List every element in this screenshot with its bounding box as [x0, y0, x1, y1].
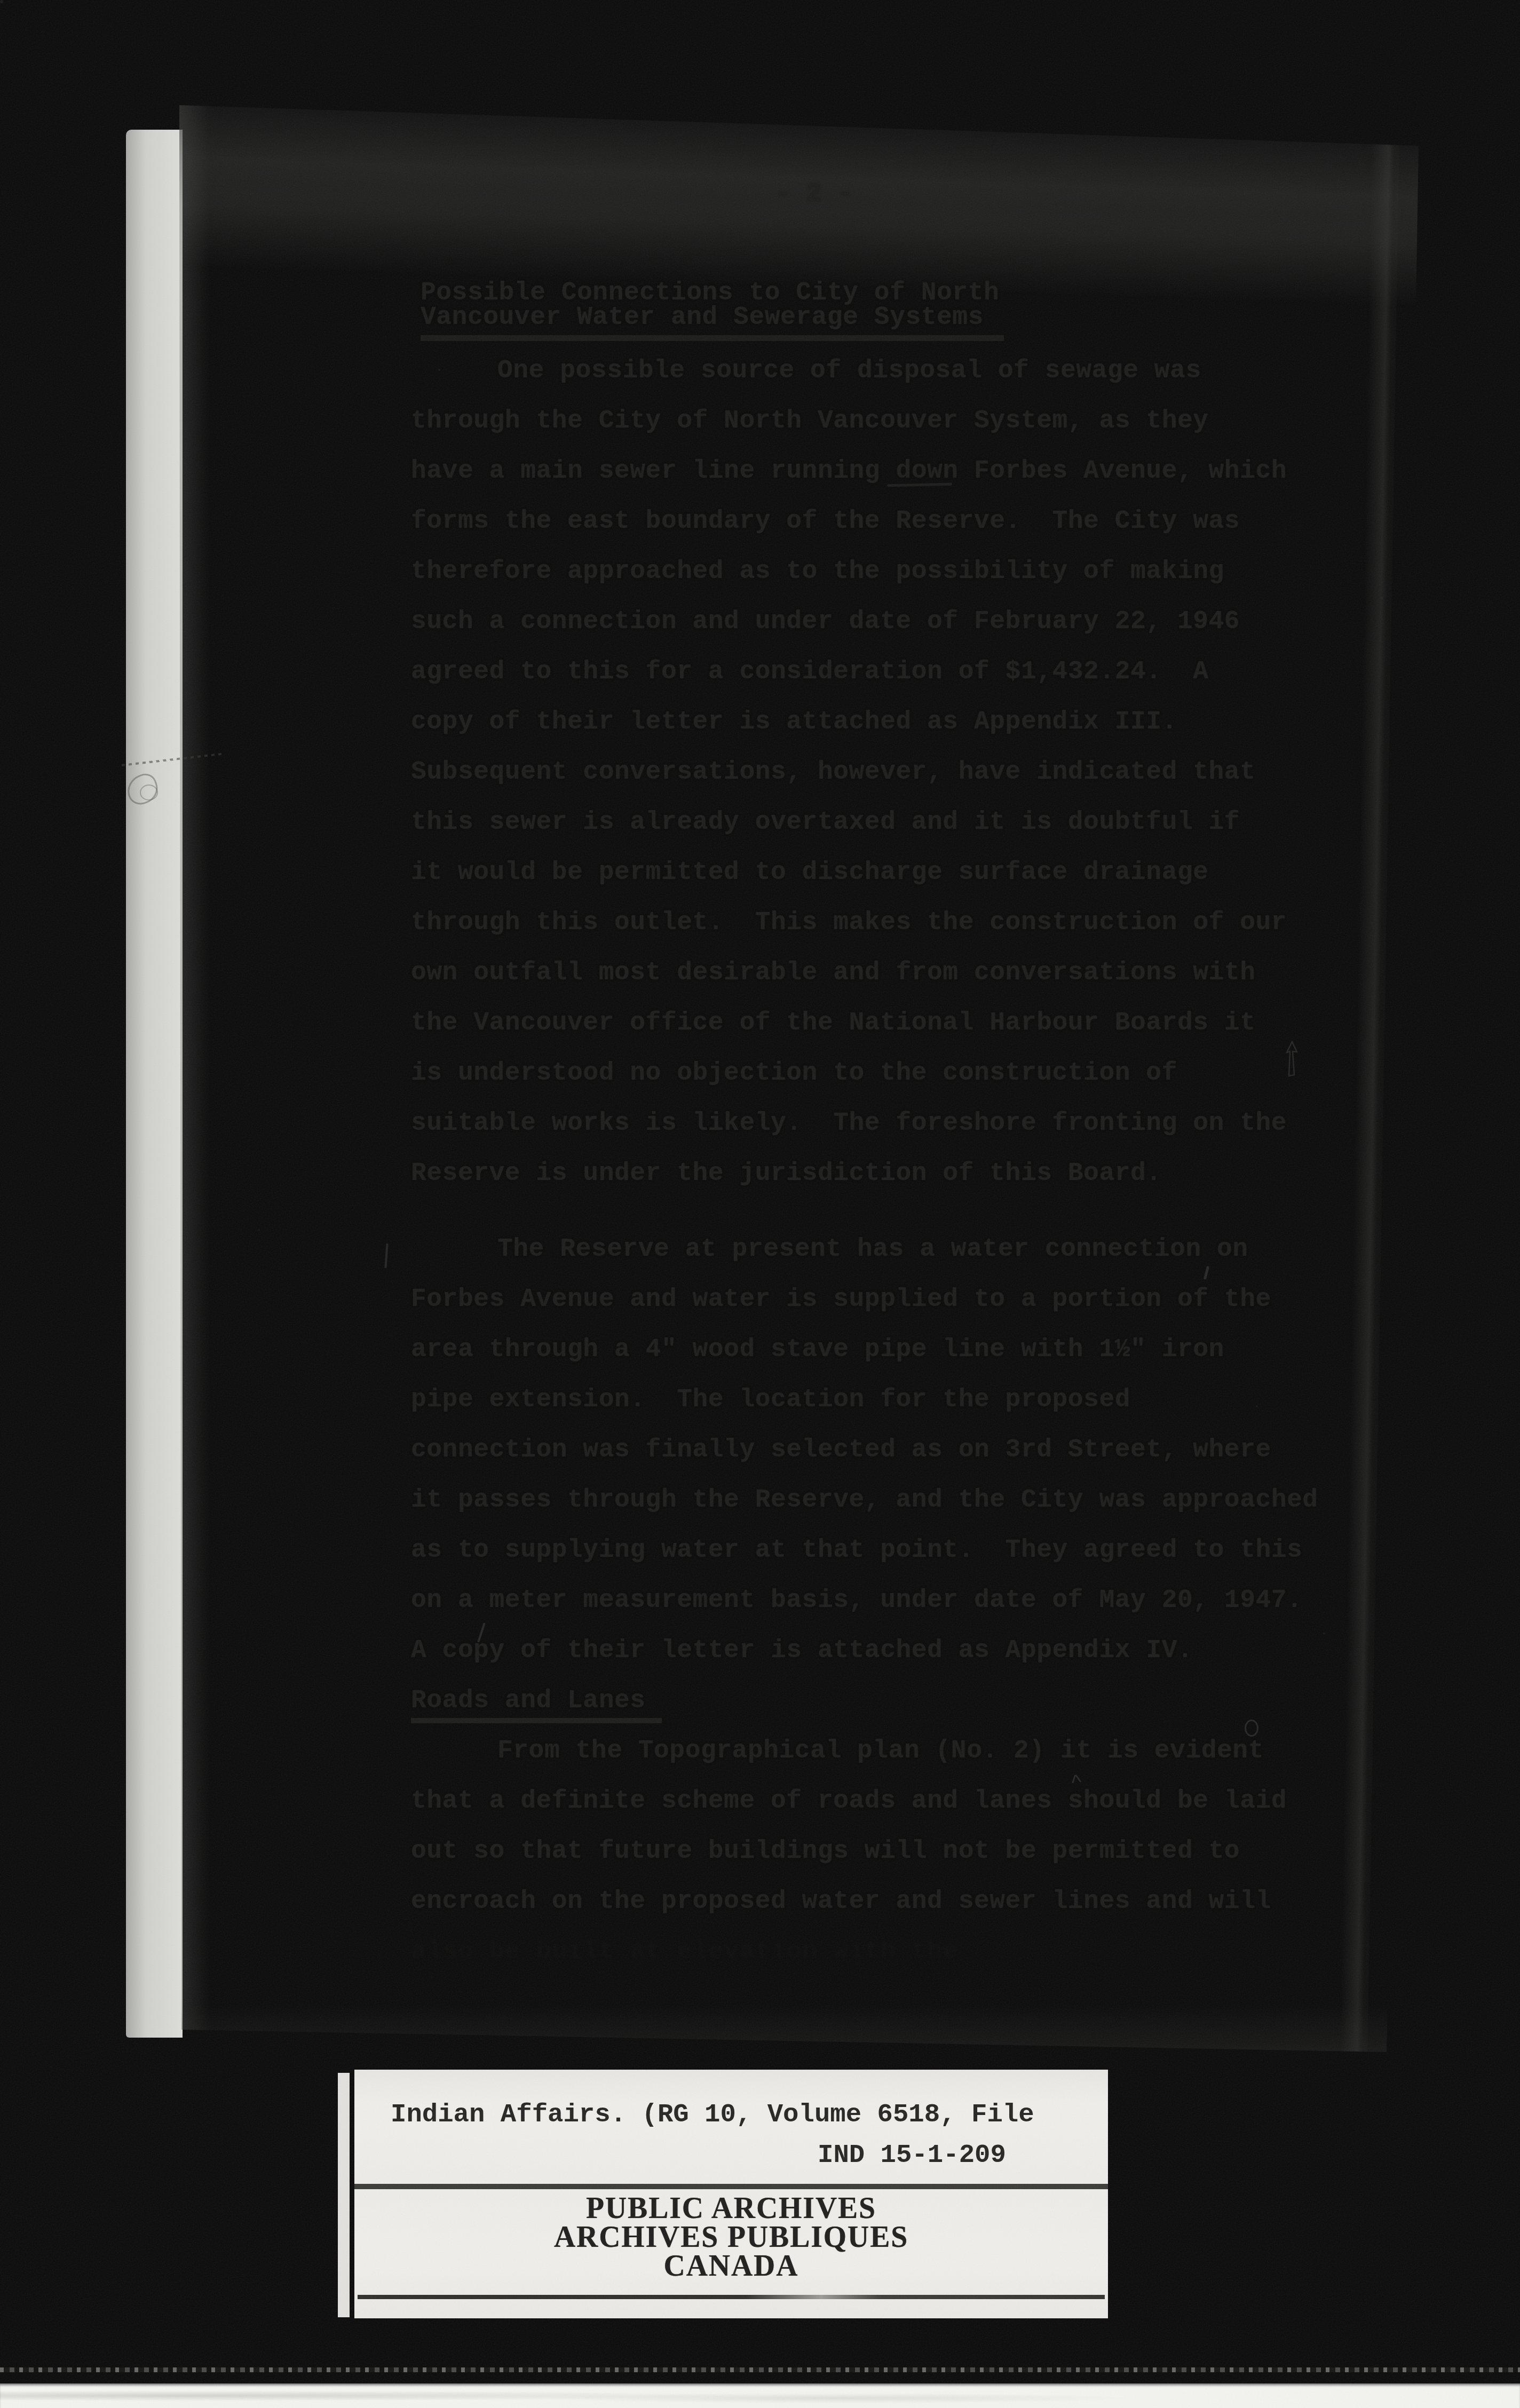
microfilm-frame: - 2 - Possible Connections to City of No…: [0, 0, 1520, 2408]
typed-line: have a main sewer line running down Forb…: [411, 456, 1287, 486]
archive-reference-line1: Indian Affairs. (RG 10, Volume 6518, Fil…: [391, 2100, 1034, 2129]
public-archives-stamp: PUBLIC ARCHIVES ARCHIVES PUBLIQUES CANAD…: [354, 2189, 1108, 2318]
label-strip-sliver: [338, 2073, 350, 2317]
stamp-rule: [358, 2295, 1105, 2299]
stamp-text: PUBLIC ARCHIVES ARCHIVES PUBLIQUES CANAD…: [369, 2193, 1093, 2280]
typed-line: it would be permitted to discharge surfa…: [411, 858, 1209, 888]
document-heading-line2: Vancouver Water and Sewerage Systems: [421, 303, 1004, 341]
typed-line: Forbes Avenue and water is supplied to a…: [411, 1285, 1271, 1314]
typed-line: Subsequent conversations, however, have …: [411, 757, 1255, 787]
page-fold-crease: [1340, 136, 1399, 2057]
section-heading-underline: Roads and Lanes: [411, 1686, 662, 1723]
typed-line: encroach on the proposed water and sewer…: [411, 1887, 1271, 1916]
typed-line: the Vancouver office of the National Har…: [411, 1008, 1255, 1038]
page-left-shade: [177, 105, 209, 2048]
typed-line: agreed to this for a consideration of $1…: [411, 657, 1209, 687]
typed-line: out so that future buildings will not be…: [411, 1836, 1240, 1866]
typed-line: that a definite scheme of roads and lane…: [411, 1786, 1287, 1816]
typed-line: it passes through the Reserve, and the C…: [411, 1485, 1318, 1515]
page-number: - 2 -: [775, 179, 853, 209]
typed-line: area through a 4" wood stave pipe line w…: [411, 1335, 1224, 1365]
dust-specks: [0, 0, 3, 3]
typed-line: on a meter measurement basis, under date…: [411, 1586, 1302, 1615]
typed-line: connection was finally selected as on 3r…: [411, 1435, 1271, 1465]
typed-line: through the City of North Vancouver Syst…: [411, 406, 1209, 436]
typed-line: this sewer is already overtaxed and it i…: [411, 807, 1240, 837]
typed-line: The Reserve at present has a water conne…: [497, 1234, 1248, 1264]
archive-reference-label: Indian Affairs. (RG 10, Volume 6518, Fil…: [354, 2070, 1108, 2189]
film-scratch-line: [0, 2367, 1520, 2372]
typed-line: as to supplying water at that point. The…: [411, 1535, 1302, 1565]
typed-line: One possible source of disposal of sewag…: [497, 356, 1201, 386]
typed-line: A copy of their letter is attached as Ap…: [411, 1636, 1193, 1666]
page-bottom-shade: [177, 2005, 1419, 2053]
film-frame-bottom-strip: [0, 2383, 1520, 2408]
typed-line: own outfall most desirable and from conv…: [411, 958, 1255, 988]
typed-line: therefore approached as to the possibili…: [411, 557, 1224, 587]
archive-reference-line2: IND 15-1-209: [818, 2140, 1006, 2170]
heading-underline: Vancouver Water and Sewerage Systems: [421, 303, 1004, 341]
typed-line: such a connection and under date of Febr…: [411, 607, 1240, 637]
typed-line: Reserve is under the jurisdiction of thi…: [411, 1159, 1162, 1189]
typed-line: forms the east boundary of the Reserve. …: [411, 506, 1240, 536]
typed-line: copy of their letter is attached as Appe…: [411, 707, 1177, 737]
typed-line-faded: also be built at elevation with the: [411, 1937, 959, 1967]
under-page-sheet-edge: [126, 130, 183, 2038]
typed-line: is understood no objection to the constr…: [411, 1058, 1177, 1088]
stamp-line1: PUBLIC ARCHIVES: [369, 2193, 1093, 2222]
stamp-line3: CANADA: [369, 2251, 1093, 2280]
section-heading: Roads and Lanes: [411, 1686, 662, 1723]
typed-line: through this outlet. This makes the cons…: [411, 908, 1287, 938]
typed-line: From the Topographical plan (No. 2) it i…: [497, 1736, 1264, 1766]
typed-line: pipe extension. The location for the pro…: [411, 1385, 1130, 1415]
typed-line: suitable works is likely. The foreshore …: [411, 1108, 1287, 1138]
stamp-line2: ARCHIVES PUBLIQUES: [369, 2222, 1093, 2251]
